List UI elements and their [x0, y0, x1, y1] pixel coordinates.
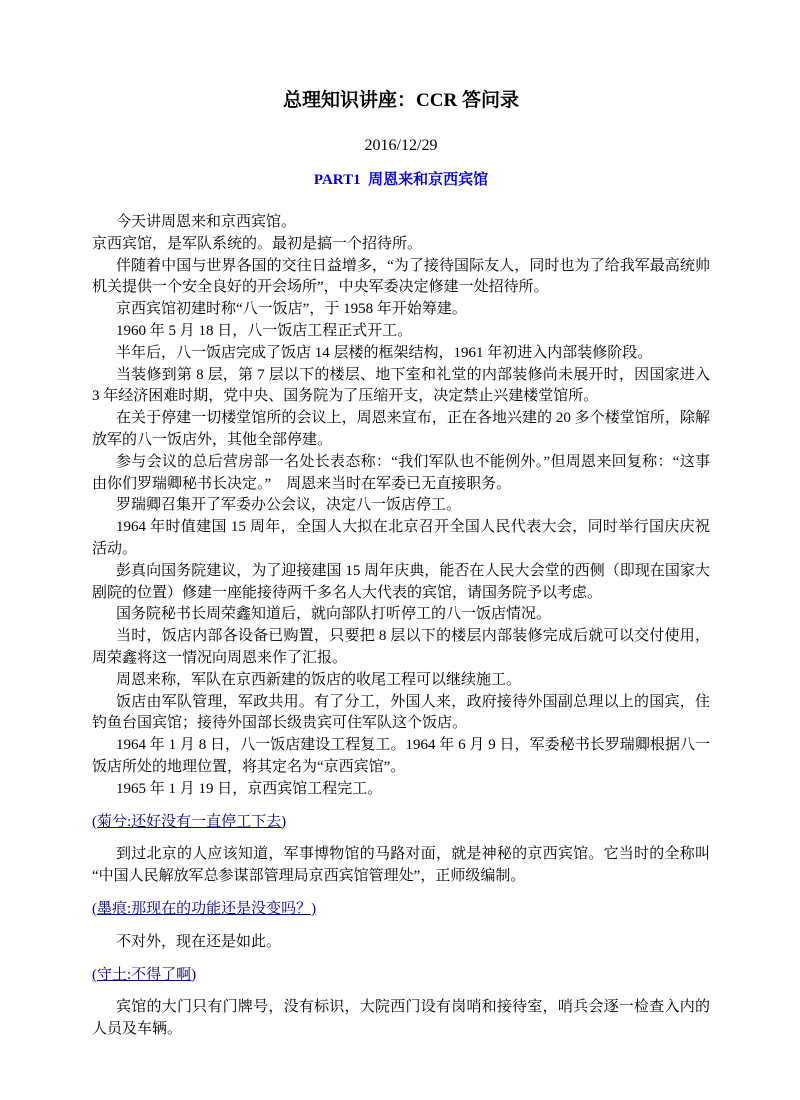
body-paragraph: 彭真向国务院建议，为了迎接建国 15 周年庆典，能否在人民大会堂的西侧（即现在国…: [92, 561, 710, 605]
body-paragraph: 不对外，现在还是如此。: [92, 932, 710, 954]
body-paragraph: 今天讲周恩来和京西宾馆。: [92, 212, 710, 234]
body-paragraph: 参与会议的总后营房部一名处长表态称：“我们军队也不能例外。”但周恩来回复称：“这…: [92, 452, 710, 496]
body-paragraph: 1964 年时值建国 15 周年，全国人大拟在北京召开全国人民代表大会，同时举行…: [92, 517, 710, 561]
document-date: 2016/12/29: [92, 134, 710, 158]
body-paragraph: 伴随着中国与世界各国的交往日益增多，“为了接待国际友人，同时也为了给我军最高统帅…: [92, 256, 710, 300]
body-paragraph: 1965 年 1 月 19 日，京西宾馆工程完工。: [92, 779, 710, 801]
section-heading-part1: PART1 周恩来和京西宾馆: [92, 168, 710, 192]
body-paragraph: 半年后，八一饭店完成了饭店 14 层楼的框架结构，1961 年初进入内部装修阶段…: [92, 343, 710, 365]
body-paragraph: 当时，饭店内部各设备已购置，只要把 8 层以下的楼层内部装修完成后就可以交付使用…: [92, 626, 710, 670]
reader-comment-mohen: (墨痕:那现在的功能还是没变吗？): [92, 899, 710, 921]
body-paragraph: 到过北京的人应该知道，军事博物馆的马路对面，就是神秘的京西宾馆。它当时的全称叫“…: [92, 844, 710, 888]
body-paragraph: 罗瑞卿召集开了军委办公会议，决定八一饭店停工。: [92, 495, 710, 517]
body-paragraph: 1960 年 5 月 18 日，八一饭店工程正式开工。: [92, 321, 710, 343]
reader-comment-shoutu: (守土:不得了啊): [92, 965, 710, 987]
body-paragraph: 当装修到第 8 层，第 7 层以下的楼层、地下室和礼堂的内部装修尚未展开时，因国…: [92, 365, 710, 409]
reader-comment-juxi: (菊兮:还好没有一直停工下去): [92, 812, 710, 834]
document-page: 总理知识讲座：CCR 答问录 2016/12/29 PART1 周恩来和京西宾馆…: [0, 0, 800, 1100]
body-paragraph: 国务院秘书长周荣鑫知道后，就向部队打听停工的八一饭店情况。: [92, 604, 710, 626]
body-paragraph: 1964 年 1 月 8 日，八一饭店建设工程复工。1964 年 6 月 9 日…: [92, 735, 710, 779]
body-paragraph: 在关于停建一切楼堂馆所的会议上，周恩来宣布，正在各地兴建的 20 多个楼堂馆所，…: [92, 408, 710, 452]
body-paragraph: 京西宾馆初建时称“八一饭店”，于 1958 年开始筹建。: [92, 299, 710, 321]
body-paragraph: 周恩来称，军队在京西新建的饭店的收尾工程可以继续施工。: [92, 670, 710, 692]
body-paragraph: 京西宾馆，是军队系统的。最初是搞一个招待所。: [92, 234, 710, 256]
document-title: 总理知识讲座：CCR 答问录: [92, 86, 710, 116]
body-paragraph: 宾馆的大门只有门牌号，没有标识，大院西门设有岗哨和接待室，哨兵会逐一检查入内的人…: [92, 997, 710, 1041]
body-paragraph: 饭店由军队管理，军政共用。有了分工，外国人来，政府接待外国副总理以上的国宾，住钓…: [92, 692, 710, 736]
